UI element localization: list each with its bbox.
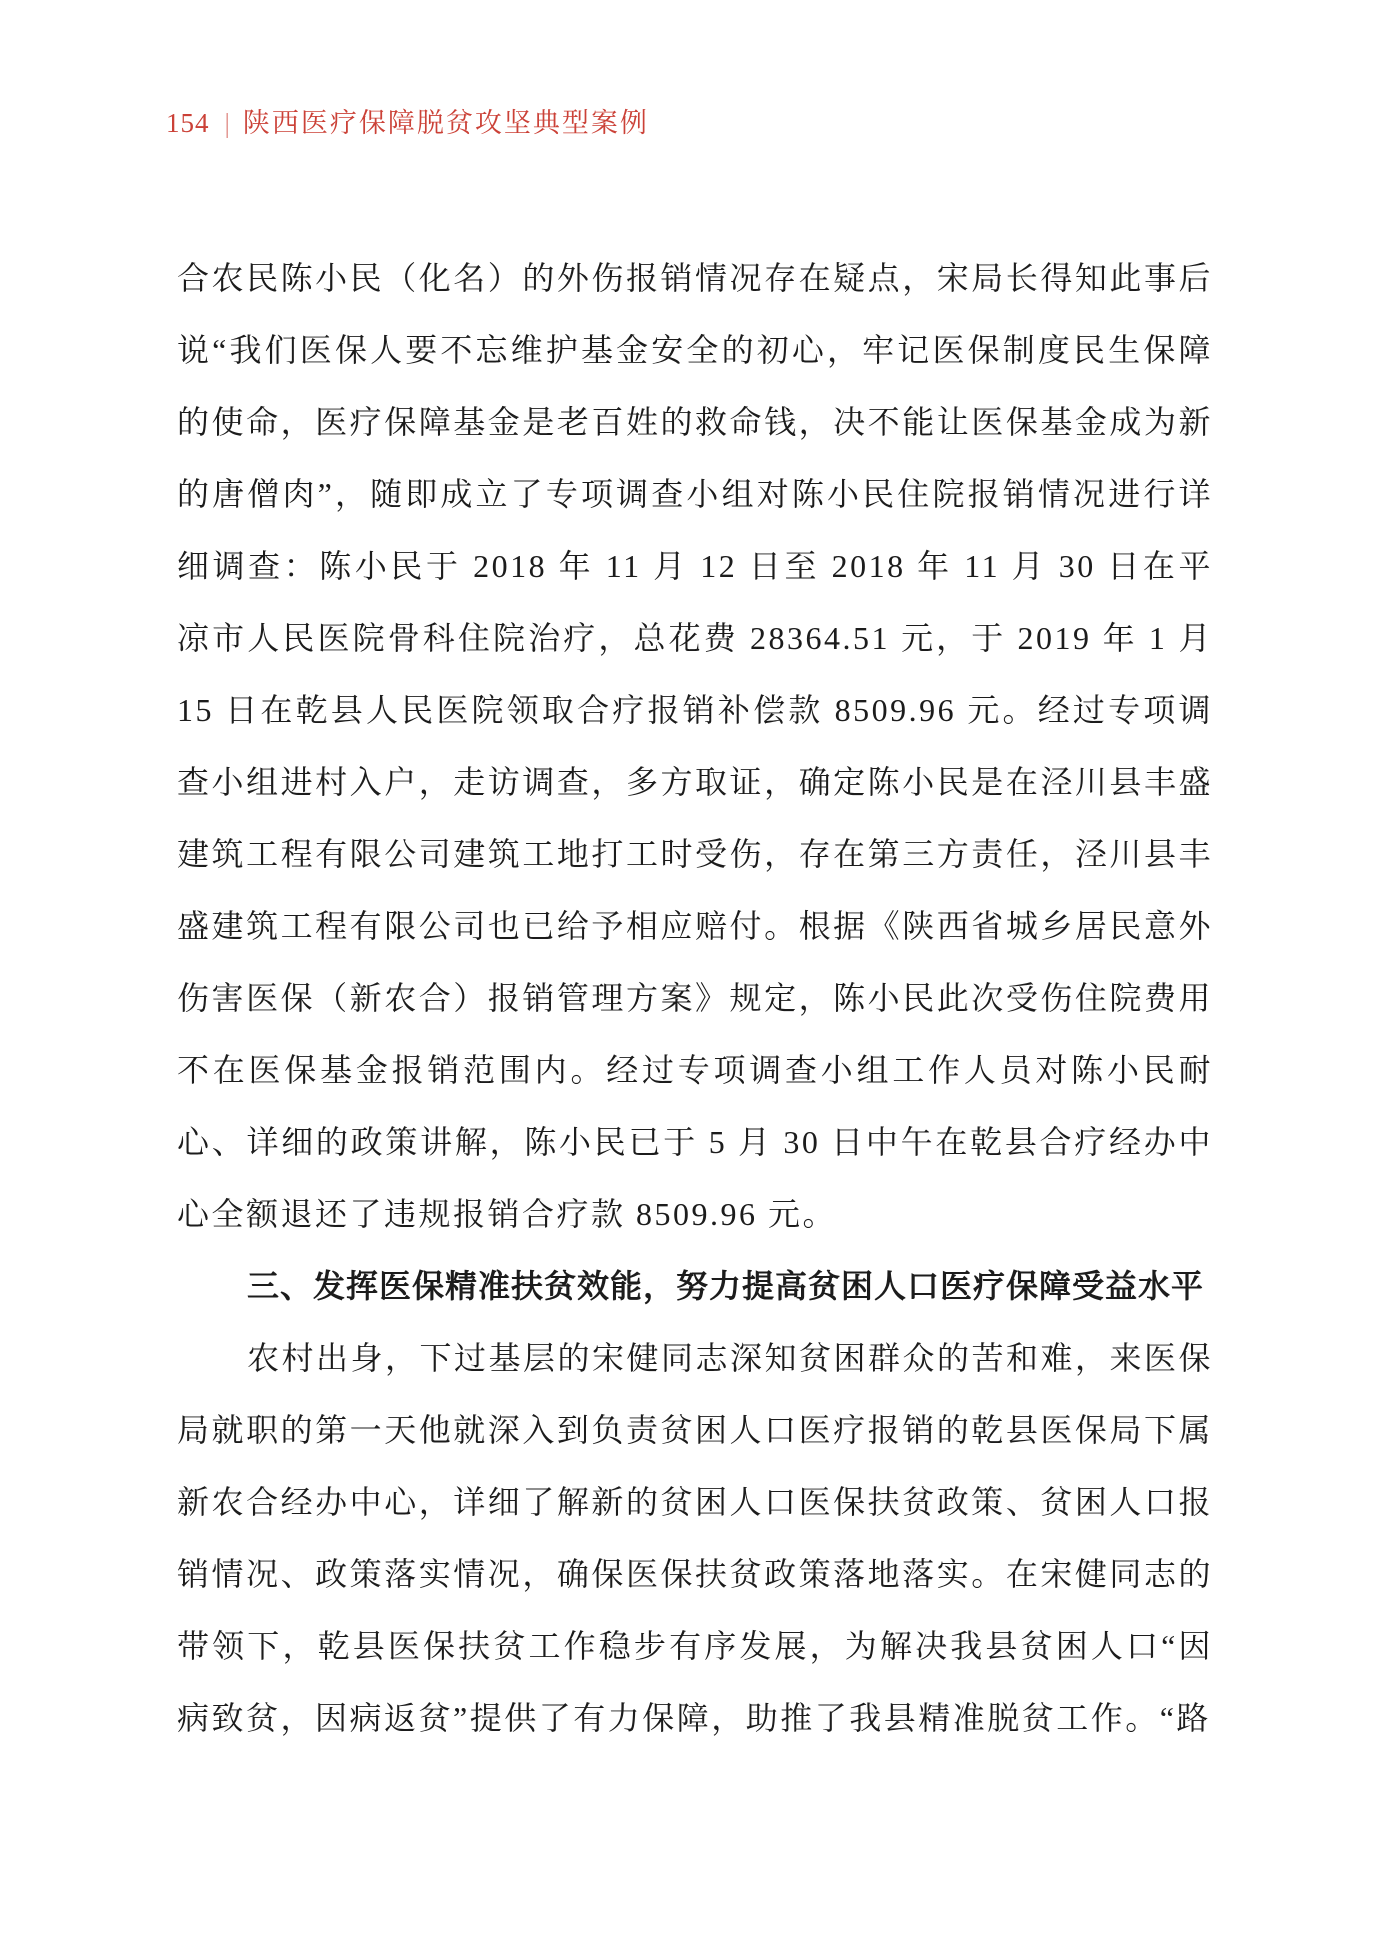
header-separator: | xyxy=(225,106,229,140)
running-header: 154|陕西医疗保障脱贫攻坚典型案例 xyxy=(166,106,649,140)
page-body: 合农民陈小民（化名）的外伤报销情况存在疑点，宋局长得知此事后说“我们医保人要不忘… xyxy=(177,242,1213,1754)
document-page: 154|陕西医疗保障脱贫攻坚典型案例 合农民陈小民（化名）的外伤报销情况存在疑点… xyxy=(0,0,1386,1938)
paragraph-fraud-investigation: 合农民陈小民（化名）的外伤报销情况存在疑点，宋局长得知此事后说“我们医保人要不忘… xyxy=(177,242,1213,1250)
section-heading: 三、发挥医保精准扶贫效能，努力提高贫困人口医疗保障受益水平 xyxy=(177,1250,1213,1322)
paragraph-poverty-relief: 农村出身，下过基层的宋健同志深知贫困群众的苦和难，来医保局就职的第一天他就深入到… xyxy=(177,1322,1213,1754)
page-number: 154 xyxy=(166,108,210,138)
book-title: 陕西医疗保障脱贫攻坚典型案例 xyxy=(243,108,649,138)
